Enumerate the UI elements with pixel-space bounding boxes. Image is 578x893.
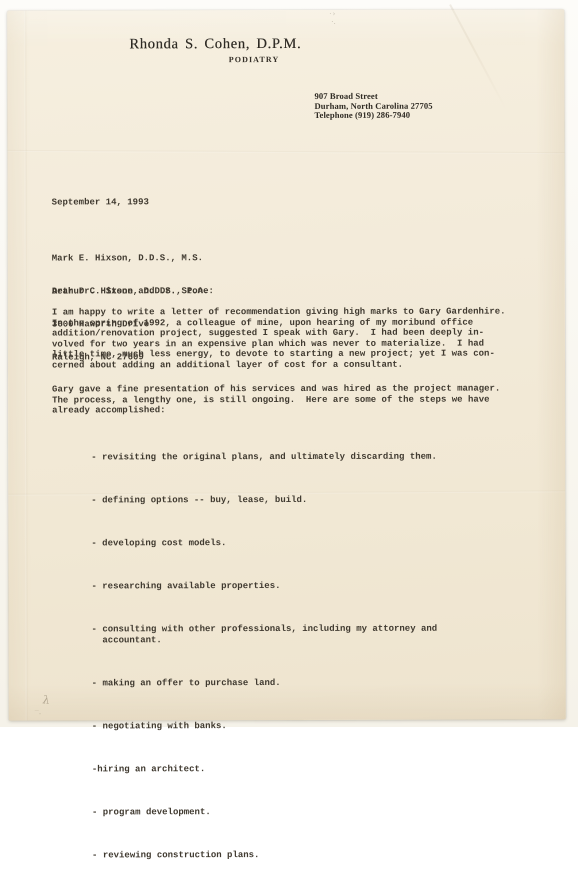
letter-date: September 14, 1993 bbox=[52, 197, 149, 208]
bullet-item: - making an offer to purchase land. bbox=[92, 677, 512, 688]
bullet-item: - defining options -- buy, lease, build. bbox=[91, 495, 511, 506]
bullet-item: - developing cost models. bbox=[91, 538, 511, 549]
letterhead-specialty: PODIATRY bbox=[193, 55, 279, 64]
letter-page: ·› ·․ λ ‾· Rhonda S. Cohen, D.P.M. PODIA… bbox=[7, 9, 565, 720]
accomplishment-list: - revisiting the original plans, and ult… bbox=[91, 431, 512, 727]
letterhead-address: 907 Broad Street Durham, North Carolina … bbox=[314, 92, 432, 121]
fold-crease-upper bbox=[8, 150, 565, 154]
pencil-mark-bottom-dash: ‾· bbox=[35, 710, 42, 719]
salutation: Dear Dr. Hixson and Dr. Stone: bbox=[52, 286, 214, 297]
letterhead-address-line: Telephone (919) 286-7940 bbox=[314, 111, 432, 121]
bullet-item: - revisiting the original plans, and ult… bbox=[91, 452, 511, 463]
scan-background: ·› ·․ λ ‾· Rhonda S. Cohen, D.P.M. PODIA… bbox=[0, 0, 578, 727]
letterhead-name: Rhonda S. Cohen, D.P.M. bbox=[129, 36, 301, 53]
bullet-item: - negotiating with banks. bbox=[92, 720, 512, 727]
body-paragraph-1: I am happy to write a letter of recommen… bbox=[52, 307, 522, 371]
fold-crease-vertical bbox=[24, 11, 27, 721]
bullet-item: - consulting with other professionals, i… bbox=[92, 624, 512, 646]
recipient-line: Mark E. Hixson, D.D.S., M.S. bbox=[52, 253, 209, 264]
body-paragraph-2: Gary gave a fine presentation of his ser… bbox=[52, 384, 522, 416]
pencil-mark-top: ·› bbox=[329, 10, 336, 18]
pencil-mark-top-2: ·․ bbox=[331, 18, 336, 26]
fold-crease-corner bbox=[449, 4, 507, 111]
bullet-item: - researching available properties. bbox=[91, 581, 511, 592]
pencil-mark-bottom: λ bbox=[41, 693, 51, 706]
